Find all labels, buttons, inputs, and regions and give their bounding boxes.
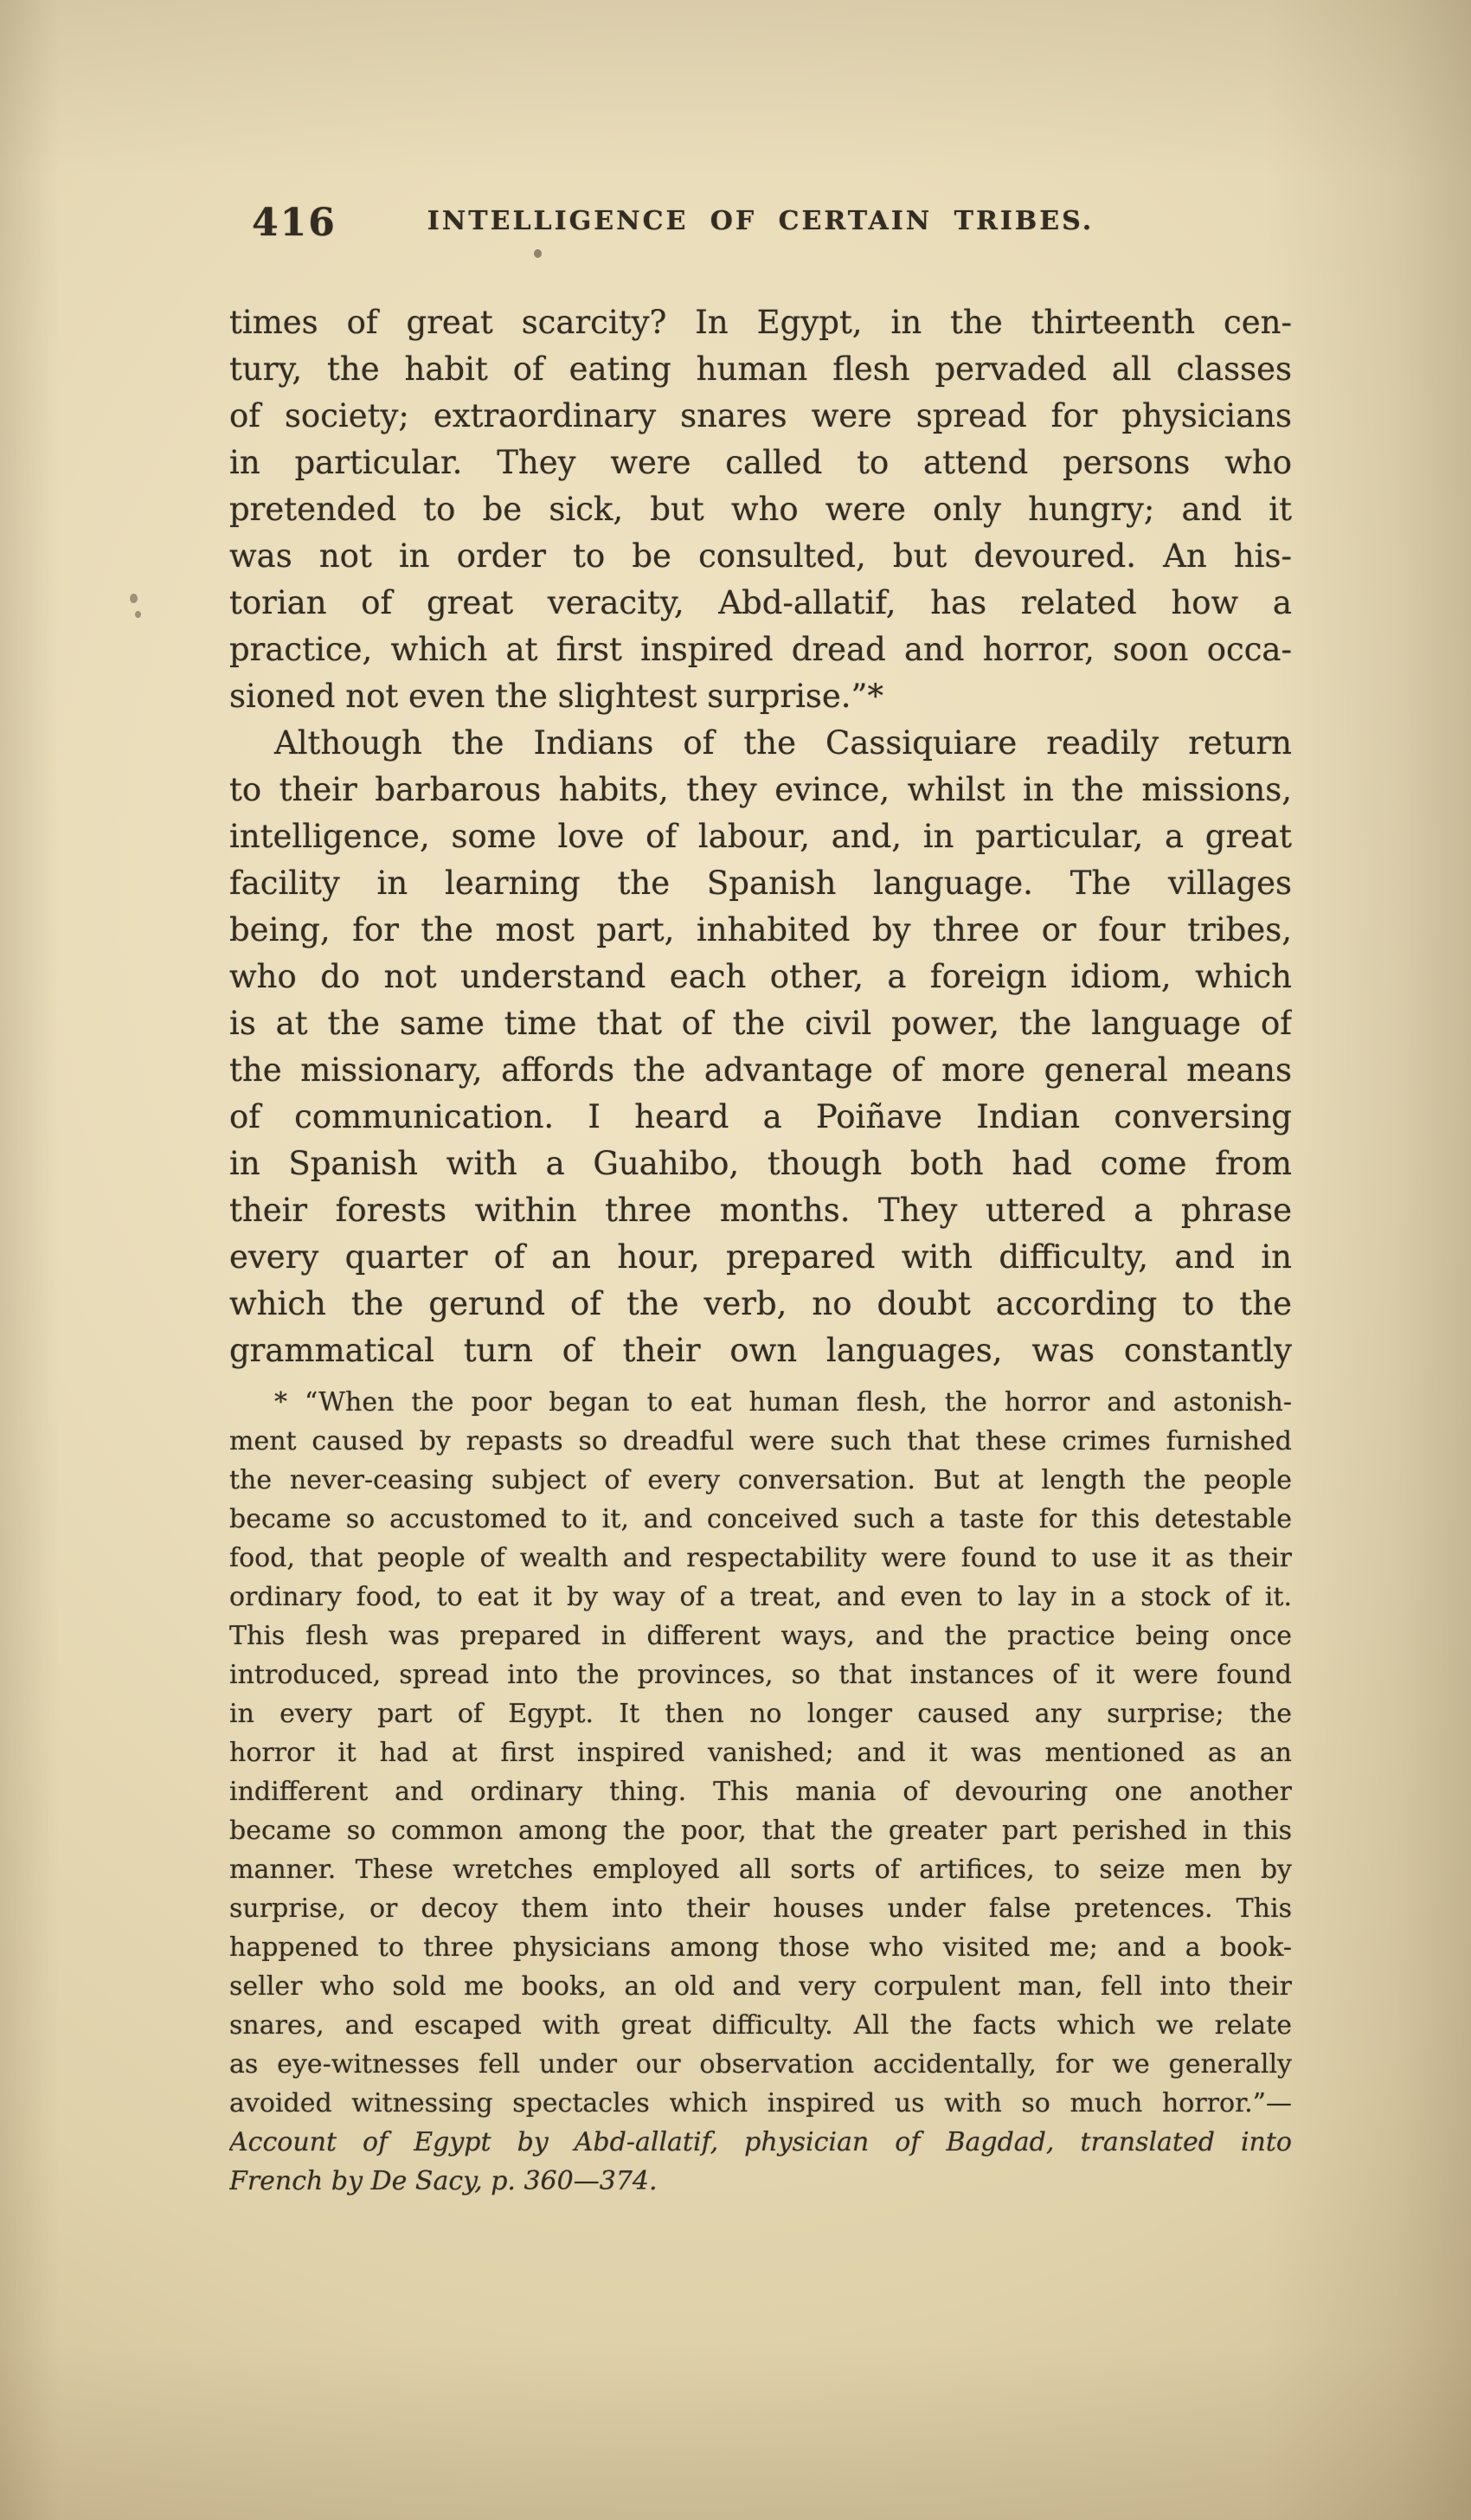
- footnote-line: This flesh was prepared in different way…: [229, 1617, 1292, 1655]
- footnote-line: avoided witnessing spectacles which insp…: [229, 2084, 1292, 2123]
- footnote-line: as eye-witnesses fell under our observat…: [229, 2045, 1292, 2084]
- body-text-line: intelligence, some love of labour, and, …: [229, 813, 1292, 860]
- body-text-line: pretended to be sick, but who were only …: [229, 486, 1292, 533]
- body-text-line: Although the Indians of the Cassiquiare …: [229, 720, 1292, 767]
- ink-speck: [130, 594, 138, 603]
- footnote-line: happened to three physicians among those…: [229, 1928, 1292, 1967]
- footnote-line: snares, and escaped with great difficult…: [229, 2006, 1292, 2045]
- body-text-line: the missionary, affords the advantage of…: [229, 1047, 1292, 1094]
- page-header: 416 INTELLIGENCE OF CERTAIN TRIBES.: [229, 196, 1292, 251]
- footnote-line: manner. These wretches employed all sort…: [229, 1850, 1292, 1889]
- footnote-line: the never-ceasing subject of every conve…: [229, 1461, 1292, 1500]
- footnote-line: French by De Sacy, p. 360—374.: [229, 2162, 1292, 2201]
- body-text-line: is at the same time that of the civil po…: [229, 1000, 1292, 1047]
- body-text-line: torian of great veracity, Abd-allatif, h…: [229, 580, 1292, 627]
- body-text-line: facility in learning the Spanish languag…: [229, 860, 1292, 907]
- footnote-line: ment caused by repasts so dreadful were …: [229, 1422, 1292, 1461]
- body-text-line: being, for the most part, inhabited by t…: [229, 907, 1292, 954]
- body-text-line: who do not understand each other, a fore…: [229, 954, 1292, 1000]
- body-text-line: sioned not even the slightest surprise.”…: [229, 673, 1292, 720]
- footnote: * “When the poor began to eat human fles…: [229, 1383, 1292, 2201]
- ink-speck: [135, 611, 141, 618]
- body-text-line: their forests within three months. They …: [229, 1187, 1292, 1234]
- body-text-line: in particular. They were called to atten…: [229, 440, 1292, 486]
- body-text-line: of society; extraordinary snares were sp…: [229, 393, 1292, 440]
- footnote-line: horror it had at first inspired vanished…: [229, 1733, 1292, 1772]
- body-text-line: times of great scarcity? In Egypt, in th…: [229, 299, 1292, 346]
- body-text-line: tury, the habit of eating human flesh pe…: [229, 346, 1292, 393]
- footnote-line: seller who sold me books, an old and ver…: [229, 1967, 1292, 2006]
- footnote-line: indifferent and ordinary thing. This man…: [229, 1772, 1292, 1811]
- body-text-line: in Spanish with a Guahibo, though both h…: [229, 1141, 1292, 1187]
- footnote-line: became so common among the poor, that th…: [229, 1811, 1292, 1850]
- page-number: 416: [252, 201, 337, 245]
- footnote-line: food, that people of wealth and respecta…: [229, 1539, 1292, 1578]
- footnote-line: surprise, or decoy them into their house…: [229, 1889, 1292, 1928]
- footnote-line: ordinary food, to eat it by way of a tre…: [229, 1578, 1292, 1617]
- footnote-line: in every part of Egypt. It then no longe…: [229, 1694, 1292, 1733]
- body-text-line: was not in order to be consulted, but de…: [229, 533, 1292, 580]
- footnote-line: Account of Egypt by Abd-allatif, physici…: [229, 2123, 1292, 2162]
- body-text: times of great scarcity? In Egypt, in th…: [229, 299, 1292, 1374]
- body-text-line: grammatical turn of their own languages,…: [229, 1327, 1292, 1374]
- footnote-line: became so accustomed to it, and conceive…: [229, 1500, 1292, 1539]
- body-text-line: of communication. I heard a Poiñave Indi…: [229, 1094, 1292, 1141]
- body-text-line: which the gerund of the verb, no doubt a…: [229, 1281, 1292, 1327]
- footnote-line: * “When the poor began to eat human fles…: [229, 1383, 1292, 1422]
- body-text-line: practice, which at first inspired dread …: [229, 627, 1292, 673]
- footnote-line: introduced, spread into the provinces, s…: [229, 1655, 1292, 1694]
- ink-speck: [534, 249, 542, 258]
- book-page: 416 INTELLIGENCE OF CERTAIN TRIBES. time…: [0, 0, 1471, 2520]
- body-text-line: to their barbarous habits, they evince, …: [229, 767, 1292, 813]
- running-header: INTELLIGENCE OF CERTAIN TRIBES.: [229, 196, 1292, 236]
- body-text-line: every quarter of an hour, prepared with …: [229, 1234, 1292, 1281]
